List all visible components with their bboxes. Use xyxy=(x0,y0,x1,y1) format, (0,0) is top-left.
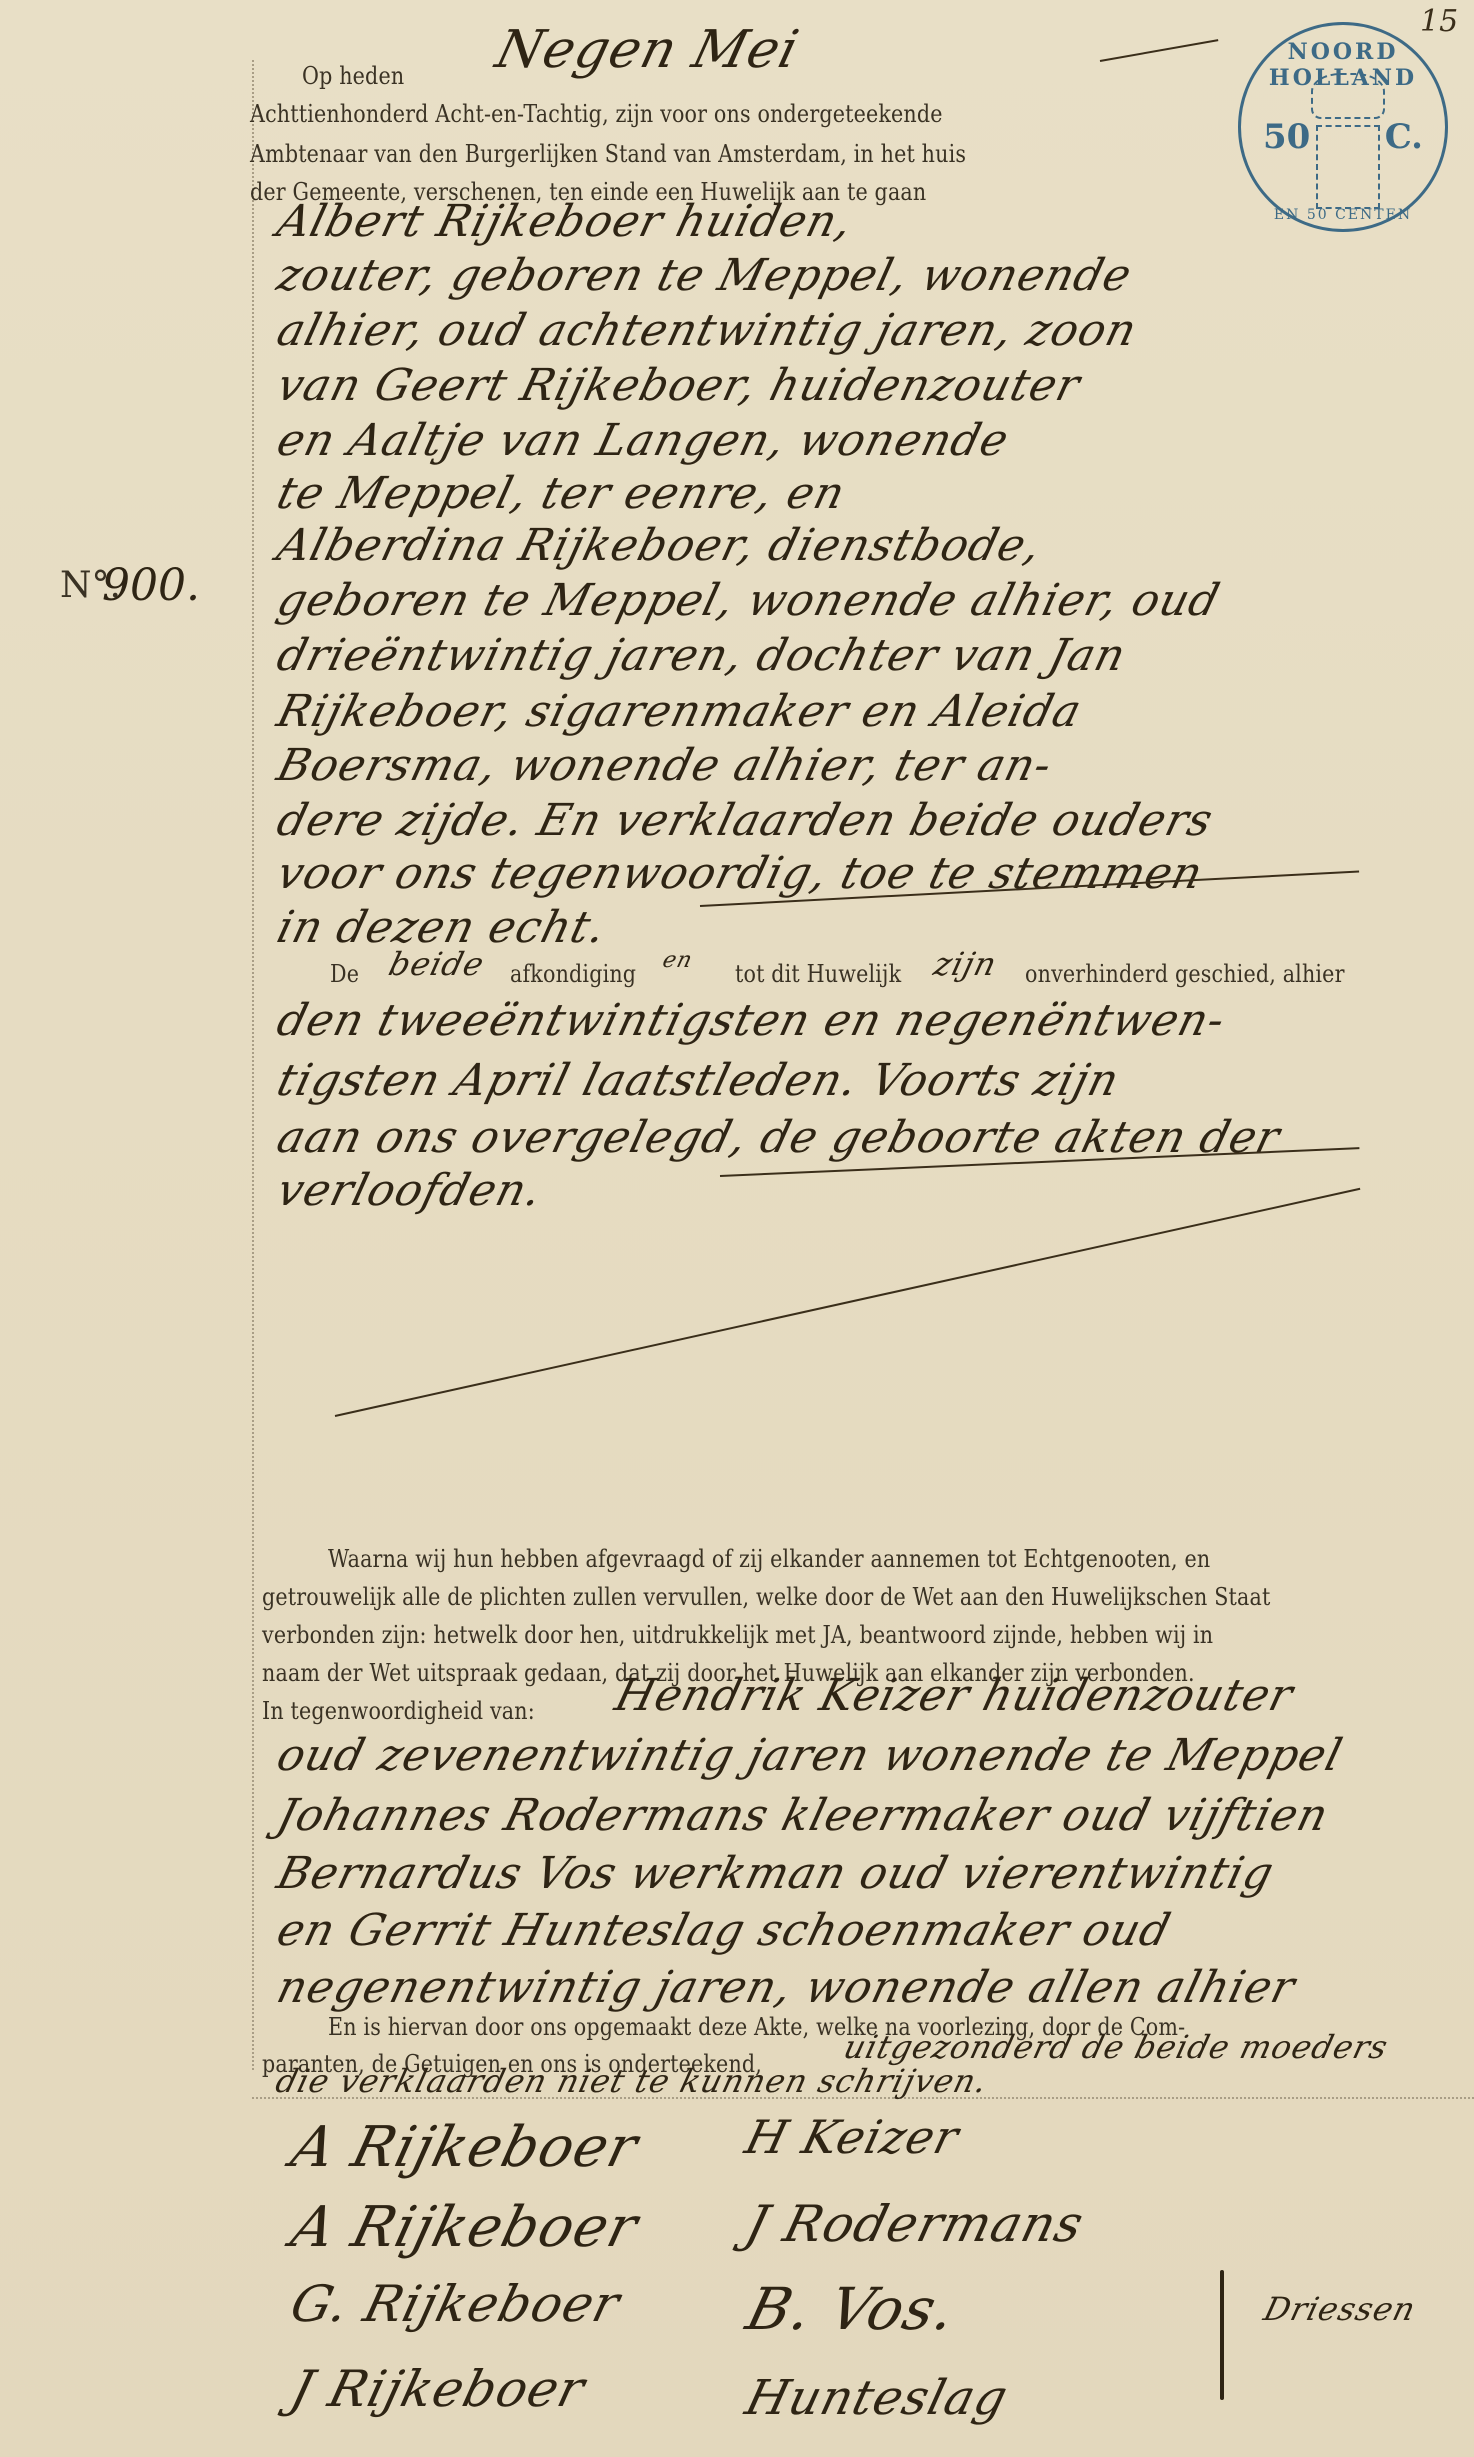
stamp-bottom-text: EN 50 CENTEN xyxy=(1241,207,1445,223)
signature-witness-vos: B. Vos. xyxy=(740,2275,963,2343)
signature-official: Driessen xyxy=(1260,2290,1420,2328)
void-diagonal-stroke xyxy=(335,1188,1361,1417)
proclamation-zijn: zijn xyxy=(930,945,1001,983)
stamp-currency: C. xyxy=(1385,117,1423,157)
parties-line: van Geert Rijkeboer, huidenzouter xyxy=(272,360,1086,411)
header-date-handwritten: Negen Mei xyxy=(490,20,805,80)
signature-father-bride: J Rijkeboer xyxy=(285,2360,591,2418)
parties-line: en Aaltje van Langen, wonende xyxy=(272,415,1014,466)
header-line-1: Achttienhonderd Acht-en-Tachtig, zijn vo… xyxy=(250,100,943,128)
closing-handwritten-2: die verklaarden niet te kunnen schrijven… xyxy=(272,2062,992,2100)
declaration-line: getrouwelijk alle de plichten zullen ver… xyxy=(262,1583,1270,1611)
coat-of-arms-icon xyxy=(1316,125,1380,209)
witness-line: Hendrik Keizer huidenzouter xyxy=(610,1670,1298,1721)
parties-line: alhier, oud achtentwintig jaren, zoon xyxy=(272,305,1142,356)
witness-line: en Gerrit Hunteslag schoenmaker oud xyxy=(272,1905,1176,1956)
signature-bride: A Rijkeboer xyxy=(285,2195,644,2260)
folio-number: 15 xyxy=(1420,4,1458,39)
witness-label: In tegenwoordigheid van: xyxy=(262,1697,535,1725)
left-margin-dotted-rule xyxy=(252,60,254,2070)
witness-line: Johannes Rodermans kleermaker oud vijfti… xyxy=(272,1790,1334,1841)
proclamation-line: tigsten April laatstleden. Voorts zijn xyxy=(272,1055,1125,1106)
parties-line: te Meppel, ter eenre, en xyxy=(272,468,851,519)
proclamation-line: aan ons overgelegd, de geboorte akten de… xyxy=(272,1112,1285,1163)
closing-handwritten-1: uitgezonderd de beide moeders xyxy=(840,2028,1392,2066)
crown-icon xyxy=(1311,73,1385,119)
parties-line: voor ons tegenwoordig, toe te stemmen xyxy=(272,848,1208,899)
parties-line: drieëntwintig jaren, dochter van Jan xyxy=(272,630,1131,681)
witness-line: Bernardus Vos werkman oud vierentwintig xyxy=(272,1848,1279,1899)
parties-line: Rijkeboer, sigarenmaker en Aleida xyxy=(272,686,1087,737)
revenue-stamp: NOORD HOLLAND 50 C. EN 50 CENTEN xyxy=(1238,22,1448,232)
signature-father-groom: G. Rijkeboer xyxy=(285,2275,626,2333)
parties-line: Boersma, wonende alhier, ter an- xyxy=(272,740,1057,791)
parties-line: zouter, geboren te Meppel, wonende xyxy=(272,250,1137,301)
signature-witness-rodermans: J Rodermans xyxy=(740,2195,1090,2253)
witness-line: negenentwintig jaren, wonende allen alhi… xyxy=(272,1962,1301,2013)
proclamation-line: den tweeëntwintigsten en negenëntwen- xyxy=(272,995,1231,1046)
proclamation-beide: beide xyxy=(385,945,489,983)
signature-witness-keizer: H Keizer xyxy=(740,2110,965,2164)
proclamation-suffix: onverhinderd geschied, alhier xyxy=(1025,960,1345,988)
proclamation-afkondiging: afkondiging xyxy=(510,960,636,988)
parties-line: geboren te Meppel, wonende alhier, oud xyxy=(272,575,1225,626)
act-number-value: 900. xyxy=(102,560,200,611)
marriage-certificate-page: 15 NOORD HOLLAND 50 C. EN 50 CENTEN N°. … xyxy=(0,0,1474,2457)
fill-stroke xyxy=(1100,39,1219,62)
signature-brace xyxy=(1220,2270,1224,2400)
stamp-value: 50 xyxy=(1263,117,1310,157)
signature-witness-hunteslag: Hunteslag xyxy=(740,2370,1014,2426)
witness-line: oud zevenentwintig jaren wonende te Mepp… xyxy=(272,1730,1348,1781)
proclamation-line: verloofden. xyxy=(272,1165,548,1216)
declaration-line: verbonden zijn: hetwelk door hen, uitdru… xyxy=(262,1621,1213,1649)
header-line-2: Ambtenaar van den Burgerlijken Stand van… xyxy=(250,140,966,168)
proclamation-en: en xyxy=(660,948,695,973)
parties-line: dere zijde. En verklaarden beide ouders xyxy=(272,795,1218,846)
parties-line: Alberdina Rijkeboer, dienstbode, xyxy=(272,520,1047,571)
parties-line: Albert Rijkeboer huiden, xyxy=(272,196,858,247)
header-op-heden: Op heden xyxy=(302,62,404,90)
proclamation-prefix: De xyxy=(330,960,359,988)
proclamation-middle: tot dit Huwelijk xyxy=(735,960,901,988)
signature-groom: A Rijkeboer xyxy=(285,2115,644,2180)
declaration-line: Waarna wij hun hebben afgevraagd of zij … xyxy=(328,1545,1210,1573)
